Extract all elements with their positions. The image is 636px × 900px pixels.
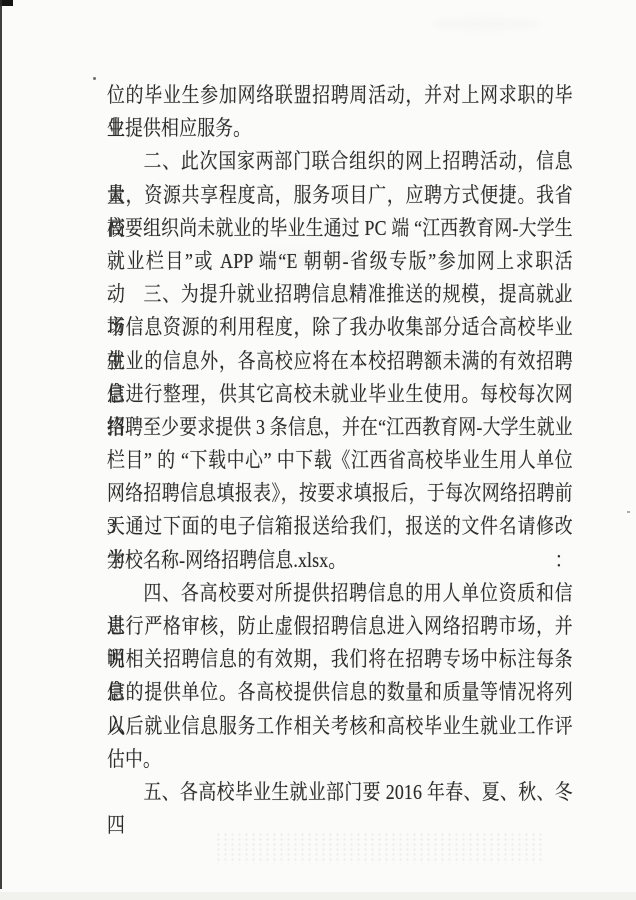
text-line: 以后就业信息服务工作相关考核和高校毕业生就业工作评	[107, 710, 573, 743]
document-body-text: 位的毕业生参加网络联盟招聘周活动，并对上网求职的毕业 生提供相应服务。 二、此次…	[107, 79, 573, 809]
scanned-document-page: 位的毕业生参加网络联盟招聘周活动，并对上网求职的毕业 生提供相应服务。 二、此次…	[0, 0, 636, 900]
text-line: 就业栏目”或 APP 端“E 朝朝-省级专版”参加网上求职活动。	[107, 245, 573, 278]
scan-edge-line-artifact	[0, 0, 2, 889]
text-line-section-5-start: 五、各高校毕业生就业部门要 2016 年春、夏、秋、冬四	[107, 776, 573, 809]
scan-smudge-artifact	[430, 18, 540, 30]
text-line: 栏目” 的 “下载中心” 中下载《江西省高校毕业生用人单位	[107, 444, 573, 477]
text-line: 招聘至少要求提供 3 条信息，并在“江西教育网-大学生就业	[107, 411, 573, 444]
scan-speck-artifact	[93, 77, 96, 80]
text-line: 估中。	[107, 743, 573, 776]
text-line: 场信息资源的利用程度，除了我办收集部分适合高校毕业生	[107, 311, 573, 344]
text-line: 息的提供单位。各高校提供信息的数量和质量等情况将列入	[107, 676, 573, 709]
scan-noise-artifact	[215, 832, 545, 864]
text-line: 息进行整理，供其它高校未就业毕业生使用。每校每次网络	[107, 378, 573, 411]
text-line: 进行严格审核，防止虚假招聘信息进入网络招聘市场，并说	[107, 610, 573, 643]
text-line-section-3-start: 三、为提升就业招聘信息精准推送的规模，提高就业市	[107, 278, 573, 311]
text-line-section-4-start: 四、各高校要对所提供招聘信息的用人单位资质和信息	[107, 577, 573, 610]
text-line: 位的毕业生参加网络联盟招聘周活动，并对上网求职的毕业	[107, 79, 573, 112]
text-line: 明相关招聘信息的有效期，我们将在招聘专场中标注每条信	[107, 643, 573, 676]
text-line: 就业的信息外，各高校应将在本校招聘额未满的有效招聘信	[107, 345, 573, 378]
text-line: 大，资源共享程度高，服务项目广，应聘方式便捷。我省高	[107, 179, 573, 212]
text-line: 校要组织尚未就业的毕业生通过 PC 端 “江西教育网-大学生	[107, 212, 573, 245]
text-line-section-2-start: 二、此次国家两部门联合组织的网上招聘活动，信息量	[107, 145, 573, 178]
text-line: 网络招聘信息填报表》，按要求填报后，于每次网络招聘前 3	[107, 477, 573, 510]
scan-bottom-edge-artifact	[0, 892, 636, 900]
text-line: 生提供相应服务。	[107, 112, 573, 145]
scan-speck-artifact	[627, 511, 630, 513]
text-line: 天通过下面的电子信箱报送给我们，报送的文件名请修改为：	[107, 510, 573, 543]
